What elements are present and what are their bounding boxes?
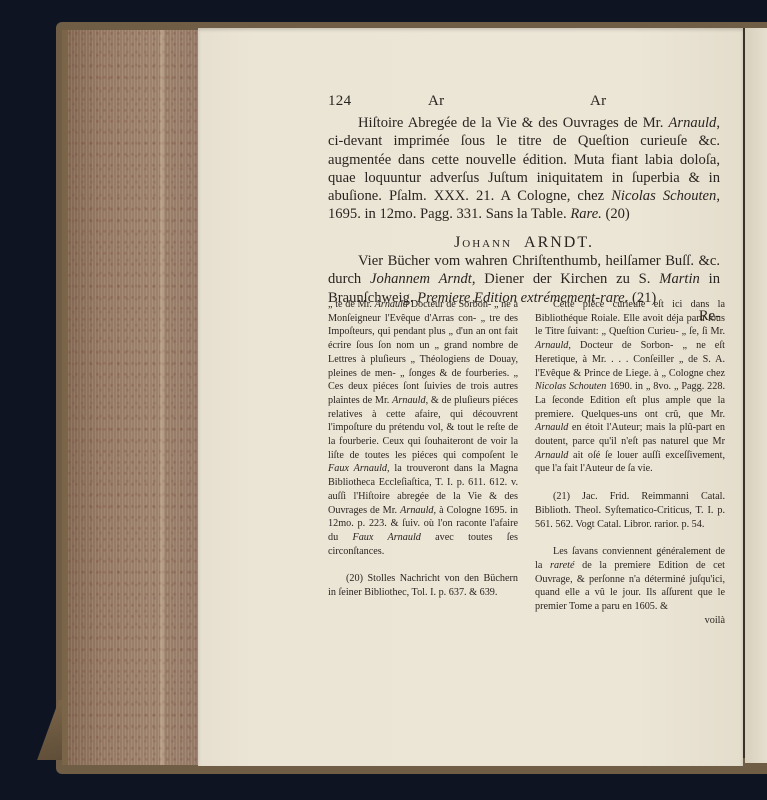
text-run: Hiſtoire Abregée de la Vie & des Ouvrage… (358, 115, 669, 131)
entry-arnauld: Hiſtoire Abregée de la Vie & des Ouvrage… (328, 114, 720, 224)
italic-run: Nicolas Schouten (535, 381, 606, 392)
page-number: 124 (328, 93, 351, 110)
italic-run: Nicolas Schouten (611, 188, 716, 204)
heading-first-name: Johann (454, 234, 512, 251)
footnote-paragraph: Cette piéce curieuſe eſt ici dans la Bib… (535, 298, 725, 476)
italic-run: Johannem Arndt (370, 271, 472, 287)
italic-run: Faux Arnauld (328, 463, 387, 474)
text-run: , Diener der Kirchen zu S. (472, 271, 659, 287)
book-page-right-sliver (745, 28, 767, 763)
italic-run: Arnauld (375, 299, 408, 310)
footnote-column-left: „ te de Mr. Arnauld Docteur de Sorbon- „… (328, 298, 518, 600)
italic-run: Faux Arnauld (352, 532, 420, 543)
heading-last-name: ARNDT. (524, 234, 594, 251)
page-fore-edge (62, 30, 206, 765)
text-run: Cette piéce curieuſe eſt ici dans la Bib… (535, 299, 725, 337)
italic-run: Arnauld (400, 505, 433, 516)
text-run: „ te de Mr. (328, 299, 375, 310)
footnote-right-body: Cette piéce curieuſe eſt ici dans la Bib… (535, 298, 725, 614)
text-run: Docteur de Sorbon- „ ne à Monſeigneur l'… (328, 299, 518, 406)
italic-run: Arnauld (392, 395, 425, 406)
edge-speckle (68, 30, 206, 765)
italic-run: Arnauld (535, 422, 568, 433)
paragraph-gap (535, 531, 725, 545)
footnote-catchword: voilà (535, 614, 725, 628)
running-head-left: Ar (428, 93, 444, 110)
footnote-paragraph: Les ſavans conviennent généralement de l… (535, 545, 725, 614)
italic-run: Arnauld (669, 115, 717, 131)
italic-run: Rare. (570, 206, 601, 222)
italic-run: Martin (659, 271, 700, 287)
text-run: (20) Stolles Nachricht von den Büchern i… (328, 573, 518, 598)
italic-run: Arnauld (535, 340, 568, 351)
main-text: Hiſtoire Abregée de la Vie & des Ouvrage… (328, 114, 720, 325)
footnote-paragraph: (21) Jac. Frid. Reimmanni Catal. Bibliot… (535, 490, 725, 531)
text-run: (20) (602, 206, 630, 222)
text-run: (21) Jac. Frid. Reimmanni Catal. Bibliot… (535, 491, 725, 529)
edge-band (160, 30, 164, 765)
footnote-paragraph: „ te de Mr. Arnauld Docteur de Sorbon- „… (328, 298, 518, 558)
paragraph-gap (328, 558, 518, 572)
running-head-right: Ar (590, 93, 606, 110)
italic-run: Arnauld (535, 450, 568, 461)
paragraph-gap (535, 476, 725, 490)
running-head: 124 Ar Ar (328, 93, 720, 113)
footnote-paragraph: (20) Stolles Nachricht von den Büchern i… (328, 572, 518, 599)
entry-heading-arndt: Johann ARNDT. (328, 234, 720, 252)
footnote-column-right: Cette piéce curieuſe eſt ici dans la Bib… (535, 298, 725, 627)
italic-run: rareté (550, 560, 575, 571)
